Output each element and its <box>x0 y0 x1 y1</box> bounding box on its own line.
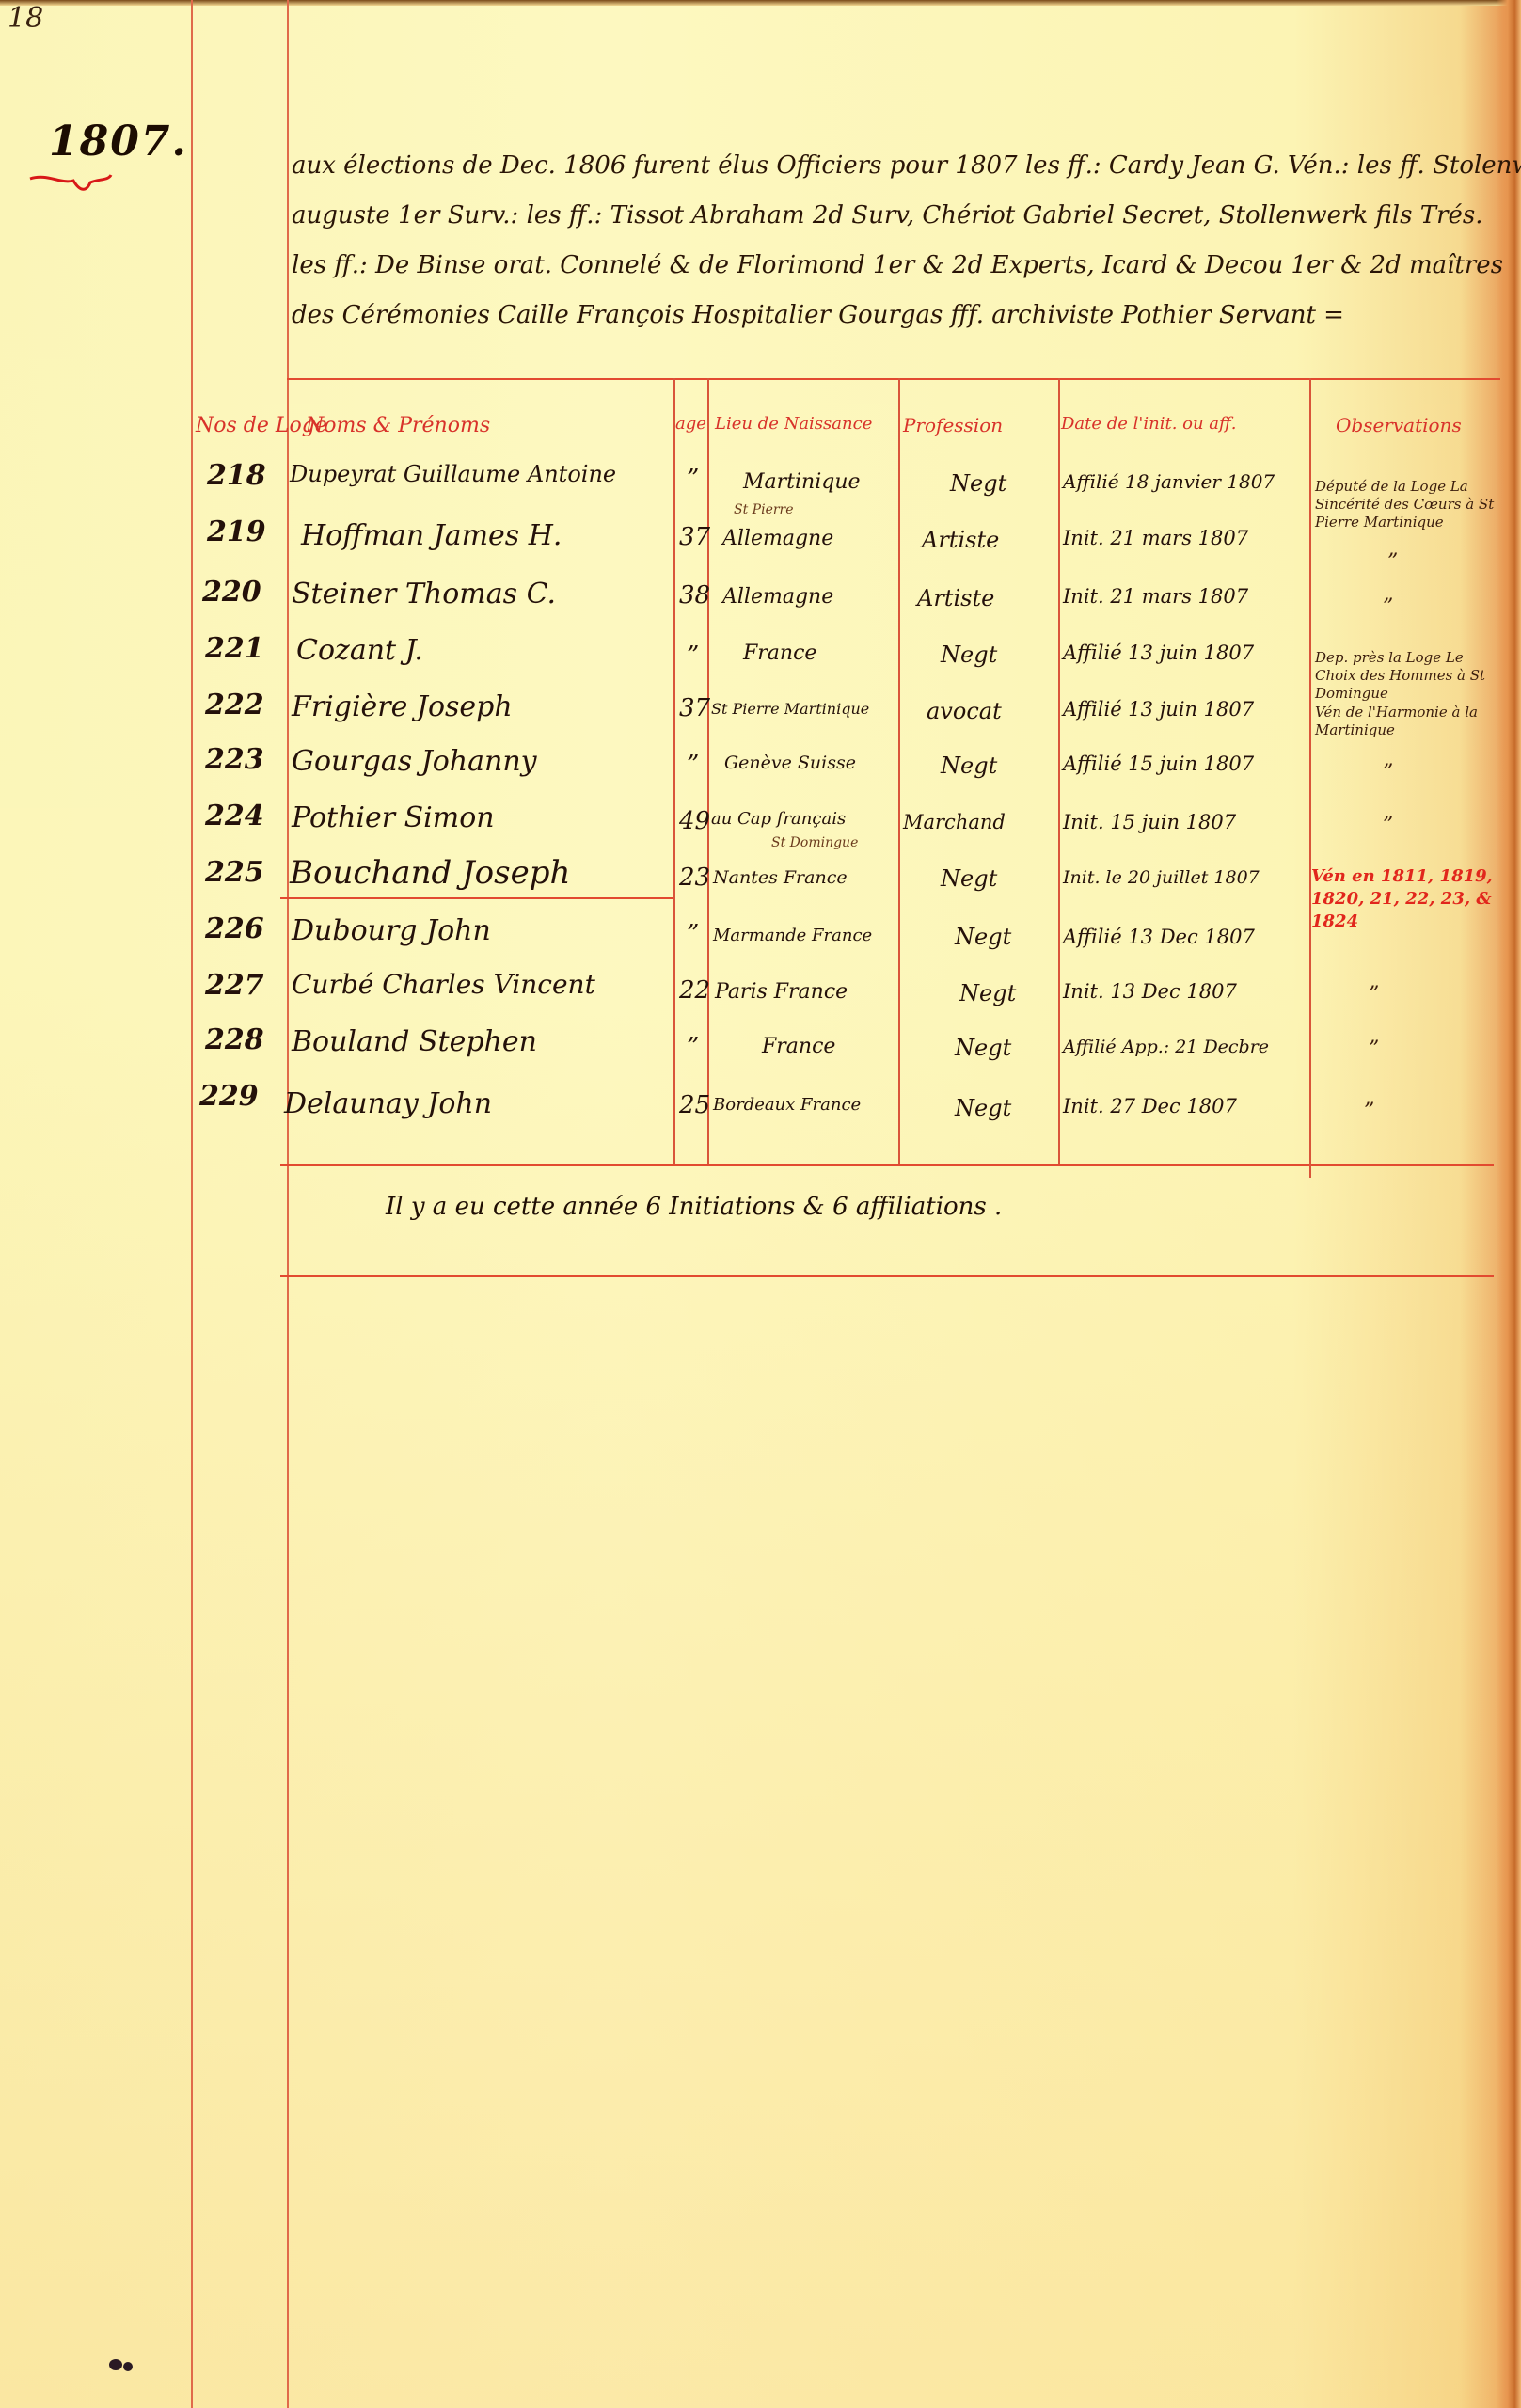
observation: Député de la Loge La Sincérité des Cœurs… <box>1315 478 1503 531</box>
init-date: Affilié App.: 21 Decbre <box>1063 1037 1269 1057</box>
init-date: Affilié 13 juin 1807 <box>1063 642 1254 664</box>
observation: Vén de l'Harmonie à la Martinique <box>1315 704 1503 739</box>
preamble-line: aux élections de Dec. 1806 furent élus O… <box>292 141 1496 191</box>
birthplace: Nantes France <box>713 867 848 888</box>
init-date: Affilié 13 juin 1807 <box>1063 698 1254 721</box>
birthplace: Allemagne <box>722 585 833 609</box>
member-name: Bouland Stephen <box>292 1025 537 1058</box>
member-age: 37 <box>679 523 710 551</box>
member-age: 22 <box>679 976 710 1005</box>
observation: ” <box>1383 598 1393 616</box>
member-name: Steiner Thomas C. <box>292 578 556 610</box>
col-rule-observations <box>1309 378 1311 1178</box>
member-name: Delaunay John <box>284 1087 492 1120</box>
col-rule-date <box>1058 378 1060 1164</box>
year-heading: 1807. <box>49 118 188 166</box>
member-age: ” <box>687 642 699 670</box>
header-age: age <box>675 414 706 434</box>
lodge-number: 219 <box>207 515 266 548</box>
member-name: Curbé Charles Vincent <box>292 969 595 1000</box>
col-rule-place <box>707 378 709 1164</box>
birthplace: Bordeaux France <box>713 1095 861 1115</box>
lodge-number: 228 <box>205 1023 264 1056</box>
header-names: Noms & Prénoms <box>306 414 490 437</box>
init-date: Affilié 13 Dec 1807 <box>1063 926 1255 948</box>
lodge-number: 229 <box>199 1080 259 1113</box>
lodge-number: 223 <box>205 743 264 776</box>
init-date: Init. 27 Dec 1807 <box>1063 1095 1237 1117</box>
lodge-number: 224 <box>205 800 264 832</box>
ink-blot-icon <box>107 2357 135 2372</box>
summary-bottom-rule <box>280 1275 1494 1277</box>
profession: Artiste <box>917 585 994 611</box>
birthplace: Paris France <box>715 980 848 1004</box>
member-age: ” <box>687 465 699 493</box>
member-name: Hoffman James H. <box>301 519 562 552</box>
member-age: 37 <box>679 694 710 722</box>
birthplace: Marmande France <box>713 926 872 945</box>
profession: avocat <box>927 698 1002 724</box>
init-date: Init. le 20 juillet 1807 <box>1063 867 1260 888</box>
table-bottom-rule <box>280 1164 1494 1166</box>
observation: ” <box>1383 764 1393 782</box>
year-underline-flourish-icon <box>28 171 113 198</box>
header-birthplace: Lieu de Naissance <box>715 414 872 434</box>
lodge-number: 227 <box>205 969 264 1002</box>
member-age: ” <box>687 1033 699 1061</box>
birthplace: Allemagne <box>722 527 833 550</box>
margin-rule-left <box>191 0 193 2408</box>
member-name: Bouchand Joseph <box>290 854 570 892</box>
member-age: ” <box>687 920 699 948</box>
observation: ” <box>1369 986 1379 1004</box>
lodge-number: 220 <box>202 576 261 609</box>
table-top-rule <box>287 378 1500 380</box>
col-rule-profession <box>898 378 900 1164</box>
page-number: 18 <box>8 2 43 35</box>
birthplace-note: St Domingue <box>771 835 858 850</box>
member-name: Cozant J. <box>296 634 423 667</box>
member-age: 49 <box>679 807 710 835</box>
lodge-number: 225 <box>205 856 264 889</box>
observation: Dep. près la Loge Le Choix des Hommes à … <box>1315 649 1503 703</box>
lodge-number: 218 <box>207 459 266 492</box>
member-name: Frigière Joseph <box>292 690 513 723</box>
birthplace: Genève Suisse <box>724 752 856 773</box>
member-age: ” <box>687 751 699 779</box>
observation: ” <box>1387 553 1398 571</box>
profession: Negt <box>959 980 1016 1006</box>
member-name: Dupeyrat Guillaume Antoine <box>290 461 616 487</box>
init-date: Init. 21 mars 1807 <box>1063 527 1248 549</box>
margin-rule-right <box>287 0 289 2408</box>
birthplace: au Cap français <box>711 809 846 829</box>
init-date: Affilié 18 janvier 1807 <box>1063 470 1275 493</box>
year-summary: Il y a eu cette année 6 Initiations & 6 … <box>386 1193 1002 1221</box>
page-binding-edge <box>1497 0 1521 2408</box>
init-date: Affilié 15 juin 1807 <box>1063 752 1254 775</box>
member-age: 38 <box>679 581 710 610</box>
profession: Negt <box>941 752 997 779</box>
header-profession: Profession <box>903 414 1003 436</box>
profession: Negt <box>941 865 997 892</box>
lodge-number: 226 <box>205 912 264 945</box>
profession: Negt <box>955 924 1011 950</box>
birthplace: Martinique <box>743 470 861 494</box>
member-name: Pothier Simon <box>292 801 495 834</box>
profession: Marchand <box>903 811 1006 833</box>
observation: ” <box>1364 1102 1374 1120</box>
lodge-number: 221 <box>205 632 264 665</box>
preamble-line: des Cérémonies Caille François Hospitali… <box>292 291 1496 341</box>
birthplace-note: St Pierre <box>734 502 794 517</box>
profession: Artiste <box>922 527 999 553</box>
profession: Negt <box>955 1035 1011 1061</box>
header-date: Date de l'init. ou aff. <box>1061 414 1237 434</box>
member-age: 23 <box>679 863 710 892</box>
member-name: Dubourg John <box>292 914 491 947</box>
preamble-line: les ff.: De Binse orat. Connelé & de Flo… <box>292 241 1496 291</box>
init-date: Init. 21 mars 1807 <box>1063 585 1248 608</box>
observation: ” <box>1369 1040 1379 1058</box>
page-top-edge <box>0 0 1521 6</box>
observation-red-note: Vén en 1811, 1819, 1820, 21, 22, 23, & 1… <box>1311 865 1499 933</box>
observation: ” <box>1383 816 1393 834</box>
row-225-divider <box>280 897 675 899</box>
profession: Negt <box>950 470 1006 497</box>
member-name: Gourgas Johanny <box>292 745 537 778</box>
birthplace: St Pierre Martinique <box>711 700 869 718</box>
preamble-line: auguste 1er Surv.: les ff.: Tissot Abrah… <box>292 191 1496 241</box>
officers-preamble: aux élections de Dec. 1806 furent élus O… <box>292 141 1496 341</box>
init-date: Init. 15 juin 1807 <box>1063 811 1236 833</box>
profession: Negt <box>955 1095 1011 1121</box>
col-rule-age <box>673 378 675 1164</box>
lodge-number: 222 <box>205 689 264 721</box>
header-observations: Observations <box>1336 414 1462 436</box>
birthplace: France <box>762 1035 835 1058</box>
profession: Negt <box>941 642 997 668</box>
member-age: 25 <box>679 1091 710 1119</box>
init-date: Init. 13 Dec 1807 <box>1063 980 1237 1003</box>
birthplace: France <box>743 642 816 665</box>
